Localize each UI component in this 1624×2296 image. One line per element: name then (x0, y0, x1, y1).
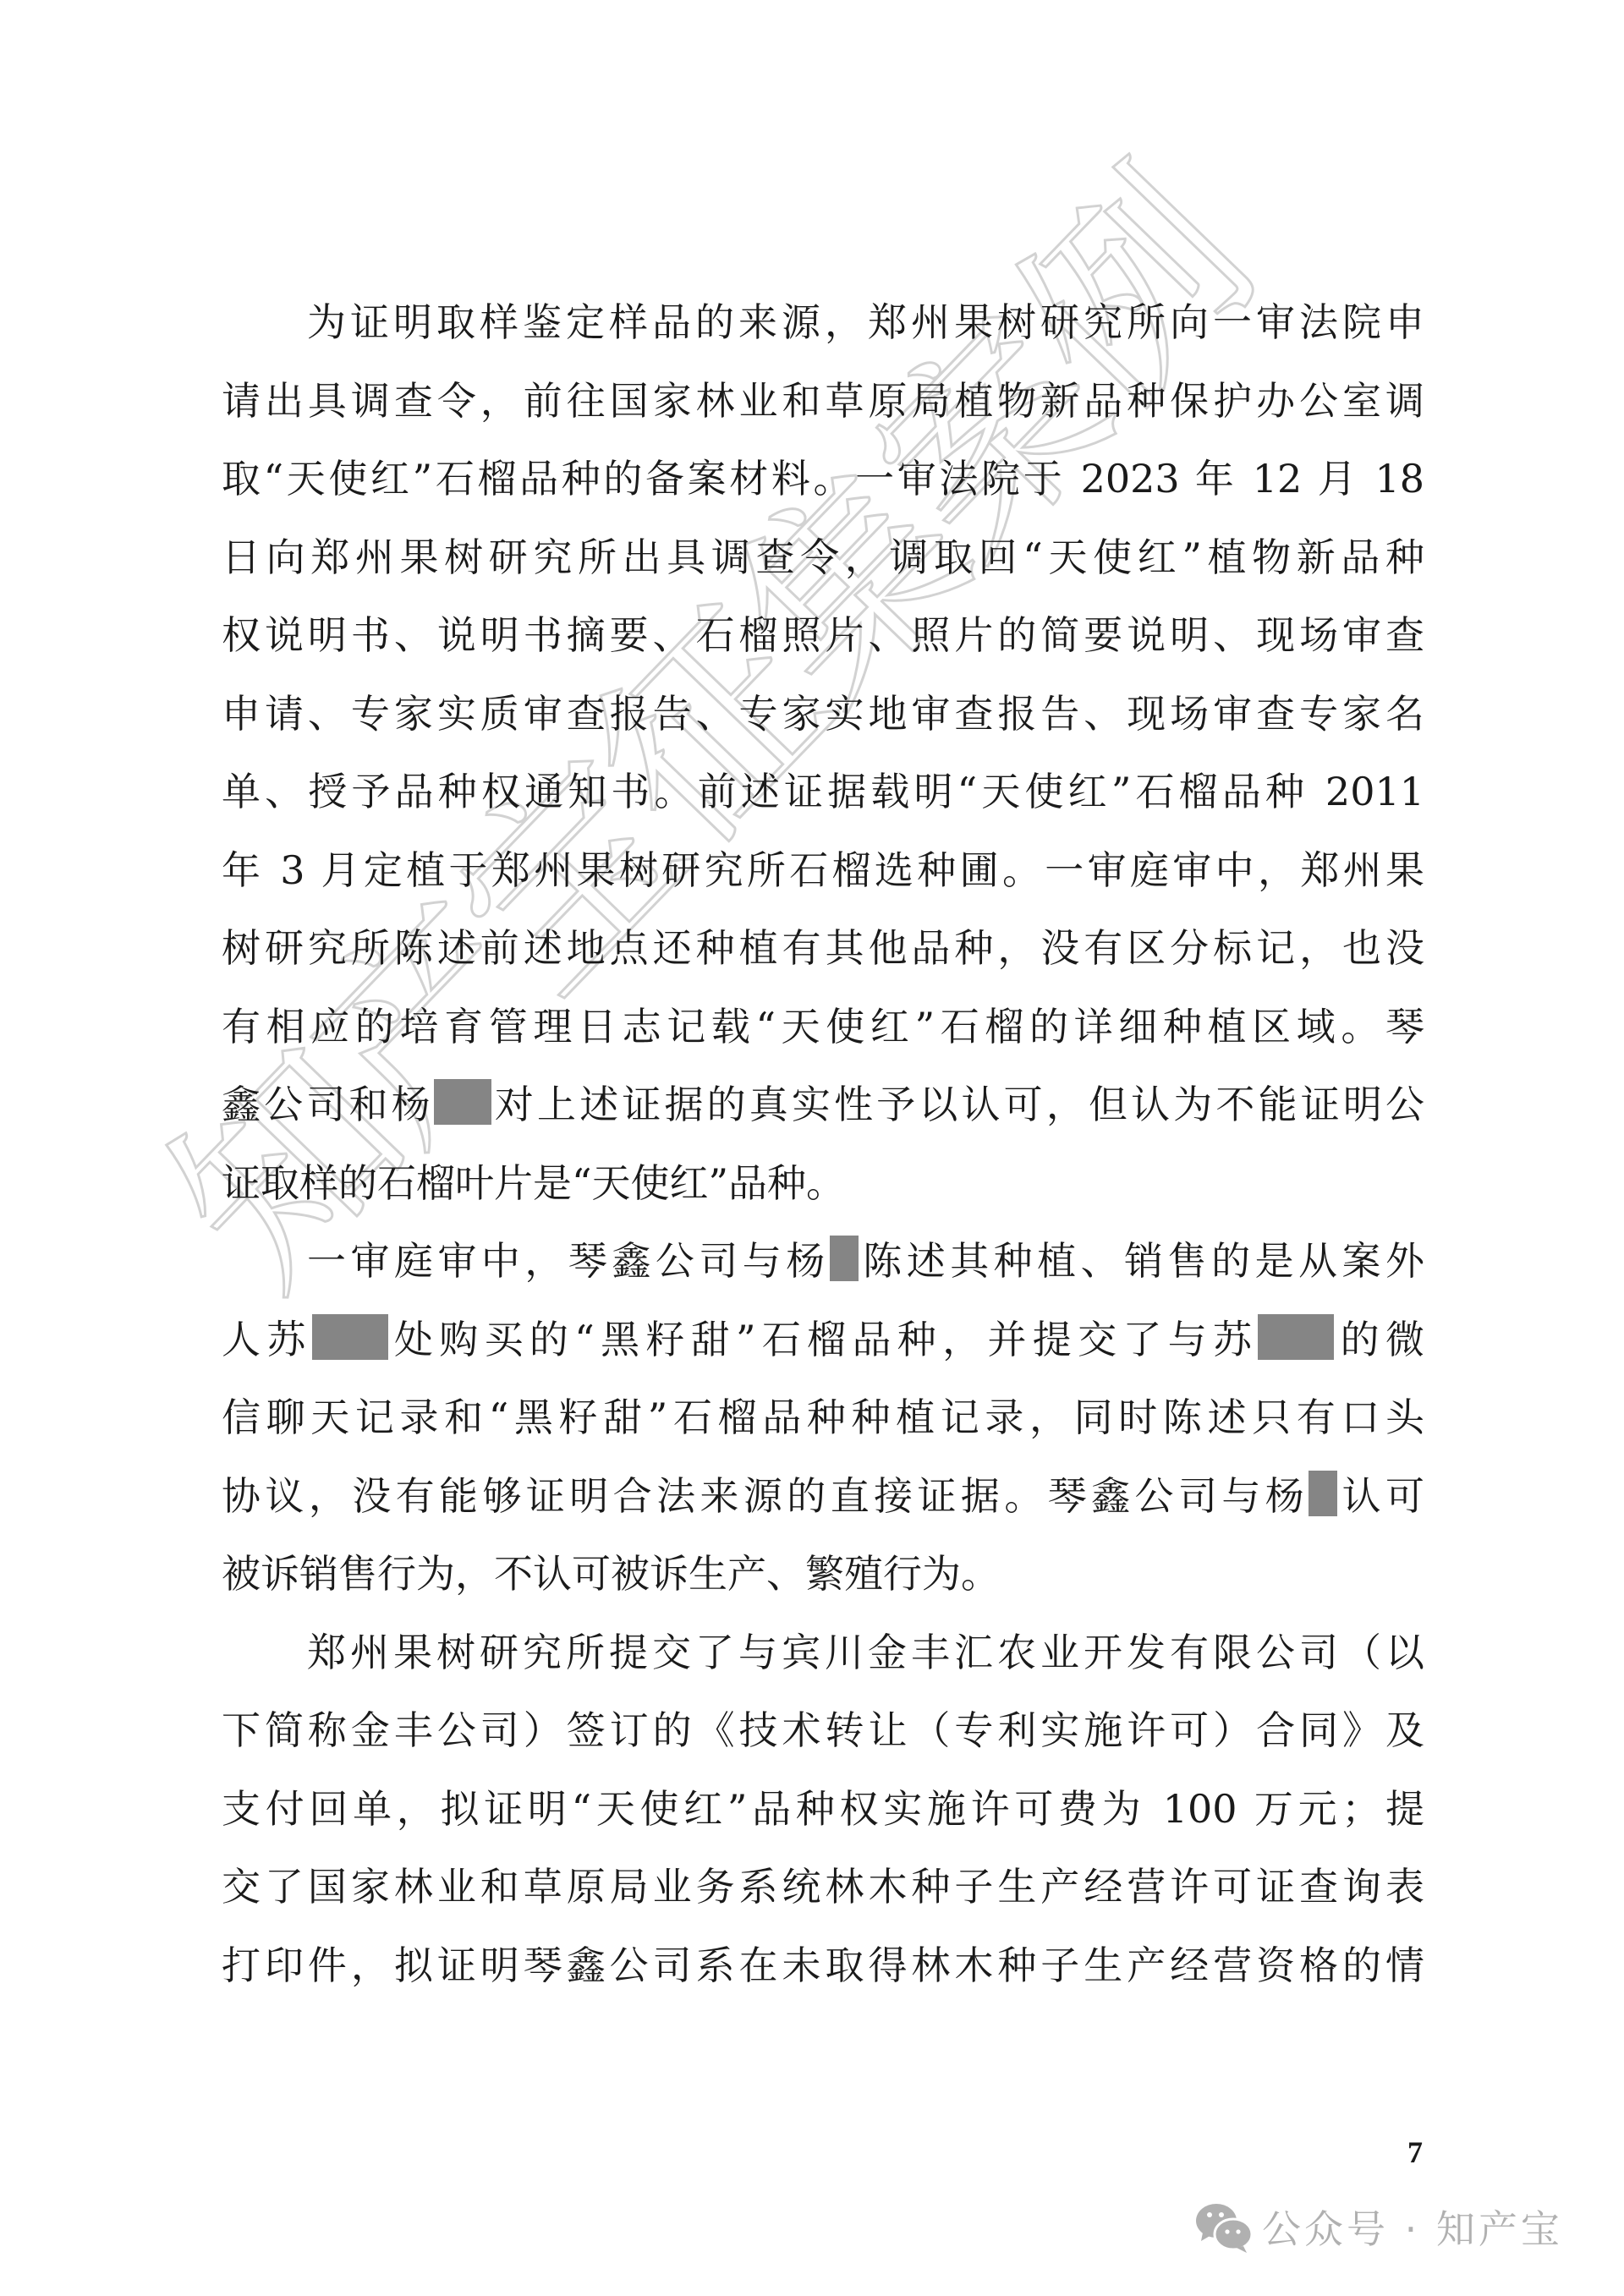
text-segment: 人苏 (222, 1317, 312, 1362)
text-line: 支付回单，拟证明“天使红”品种权实施许可费为 100 万元；提 (222, 1783, 1424, 1861)
text-line: 鑫公司和杨对上述证据的真实性予以认可，但认为不能证明公 (222, 1078, 1424, 1157)
document-body: 为证明取样鉴定样品的来源，郑州果树研究所向一审法院申请出具调查令，前往国家林业和… (222, 296, 1424, 2017)
text-line: 证取样的石榴叶片是“天使红”品种。 (222, 1157, 1424, 1236)
redaction-box (1258, 1314, 1334, 1360)
paragraph: 郑州果树研究所提交了与宾川金丰汇农业开发有限公司（以下简称金丰公司）签订的《技术… (222, 1626, 1424, 2018)
text-segment: 日向郑州果树研究所出具调查令，调取回“天使红”植物新品种 (222, 534, 1424, 580)
text-line: 取“天使红”石榴品种的备案材料。一审法院于 2023 年 12 月 18 (222, 452, 1424, 531)
text-segment: 权说明书、说明书摘要、石榴照片、照片的简要说明、现场审查 (222, 612, 1424, 658)
text-segment: 处购买的“黑籽甜”石榴品种，并提交了与苏 (388, 1317, 1259, 1362)
page-number: 7 (1407, 2134, 1423, 2170)
text-segment: 支付回单，拟证明“天使红”品种权实施许可费为 100 万元；提 (222, 1786, 1424, 1832)
text-segment: 一审庭审中，琴鑫公司与杨 (307, 1238, 830, 1284)
text-segment: 被诉销售行为，不认可被诉生产、繁殖行为。 (222, 1551, 1000, 1597)
text-segment: 申请、专家实质审查报告、专家实地审查报告、现场审查专家名 (222, 691, 1424, 737)
text-segment: 陈述其种植、销售的是从案外 (859, 1238, 1424, 1284)
text-segment: 认可 (1337, 1473, 1424, 1519)
text-line: 下简称金丰公司）签订的《技术转让（专利实施许可）合同》及 (222, 1704, 1424, 1783)
text-segment: 对上述证据的真实性予以认可，但认为不能证明公 (491, 1082, 1424, 1127)
text-line: 单、授予品种权通知书。前述证据载明“天使红”石榴品种 2011 (222, 765, 1424, 844)
text-line: 为证明取样鉴定样品的来源，郑州果树研究所向一审法院申 (222, 296, 1424, 375)
text-line: 日向郑州果树研究所出具调查令，调取回“天使红”植物新品种 (222, 531, 1424, 610)
document-page: 知产宝征集案例 为证明取样鉴定样品的来源，郑州果树研究所向一审法院申请出具调查令… (0, 0, 1624, 2296)
text-segment: 证取样的石榴叶片是“天使红”品种。 (222, 1160, 845, 1206)
redaction-box (1309, 1471, 1337, 1516)
redaction-box (312, 1314, 388, 1360)
text-line: 协议，没有能够证明合法来源的直接证据。琴鑫公司与杨认可 (222, 1470, 1424, 1548)
text-segment: 信聊天记录和“黑籽甜”石榴品种种植记录，同时陈述只有口头 (222, 1395, 1424, 1440)
text-line: 有相应的培育管理日志记载“天使红”石榴的详细种植区域。琴 (222, 1000, 1424, 1079)
text-line: 请出具调查令，前往国家林业和草原局植物新品种保护办公室调 (222, 375, 1424, 453)
text-segment: 的微 (1334, 1317, 1424, 1362)
text-line: 一审庭审中，琴鑫公司与杨陈述其种植、销售的是从案外 (222, 1235, 1424, 1313)
text-segment: 树研究所陈述前述地点还种植有其他品种，没有区分标记，也没 (222, 925, 1424, 971)
text-segment: 鑫公司和杨 (222, 1082, 434, 1127)
text-line: 权说明书、说明书摘要、石榴照片、照片的简要说明、现场审查 (222, 609, 1424, 688)
text-segment: 为证明取样鉴定样品的来源，郑州果树研究所向一审法院申 (307, 299, 1424, 345)
text-segment: 郑州果树研究所提交了与宾川金丰汇农业开发有限公司（以 (307, 1630, 1424, 1675)
text-segment: 交了国家林业和草原局业务系统林木种子生产经营许可证查询表 (222, 1864, 1424, 1910)
text-segment: 有相应的培育管理日志记载“天使红”石榴的详细种植区域。琴 (222, 1004, 1424, 1049)
text-line: 交了国家林业和草原局业务系统林木种子生产经营许可证查询表 (222, 1860, 1424, 1939)
text-segment: 下简称金丰公司）签订的《技术转让（专利实施许可）合同》及 (222, 1707, 1424, 1753)
text-line: 郑州果树研究所提交了与宾川金丰汇农业开发有限公司（以 (222, 1626, 1424, 1705)
paragraph: 为证明取样鉴定样品的来源，郑州果树研究所向一审法院申请出具调查令，前往国家林业和… (222, 296, 1424, 1235)
text-segment: 取“天使红”石榴品种的备案材料。一审法院于 2023 年 12 月 18 (222, 456, 1424, 501)
text-segment: 请出具调查令，前往国家林业和草原局植物新品种保护办公室调 (222, 378, 1424, 424)
text-segment: 打印件，拟证明琴鑫公司系在未取得林木种子生产经营资格的情 (222, 1943, 1424, 1988)
text-line: 树研究所陈述前述地点还种植有其他品种，没有区分标记，也没 (222, 922, 1424, 1000)
text-line: 申请、专家实质审查报告、专家实地审查报告、现场审查专家名 (222, 688, 1424, 766)
account-name: 公众号 · 知产宝 (1262, 2199, 1563, 2255)
text-segment: 单、授予品种权通知书。前述证据载明“天使红”石榴品种 2011 (222, 769, 1424, 814)
text-line: 打印件，拟证明琴鑫公司系在未取得林木种子生产经营资格的情 (222, 1939, 1424, 2018)
redaction-box (830, 1236, 859, 1281)
text-segment: 协议，没有能够证明合法来源的直接证据。琴鑫公司与杨 (222, 1473, 1309, 1519)
redaction-box (434, 1079, 491, 1125)
text-line: 被诉销售行为，不认可被诉生产、繁殖行为。 (222, 1548, 1424, 1626)
text-segment: 年 3 月定植于郑州果树研究所石榴选种圃。一审庭审中，郑州果 (222, 847, 1424, 893)
text-line: 信聊天记录和“黑籽甜”石榴品种种植记录，同时陈述只有口头 (222, 1391, 1424, 1470)
text-line: 人苏处购买的“黑籽甜”石榴品种，并提交了与苏的微 (222, 1313, 1424, 1392)
wechat-official-account-badge: 公众号 · 知产宝 (1194, 2199, 1563, 2255)
paragraph: 一审庭审中，琴鑫公司与杨陈述其种植、销售的是从案外人苏处购买的“黑籽甜”石榴品种… (222, 1235, 1424, 1626)
text-line: 年 3 月定植于郑州果树研究所石榴选种圃。一审庭审中，郑州果 (222, 844, 1424, 923)
wechat-icon (1194, 2200, 1255, 2253)
